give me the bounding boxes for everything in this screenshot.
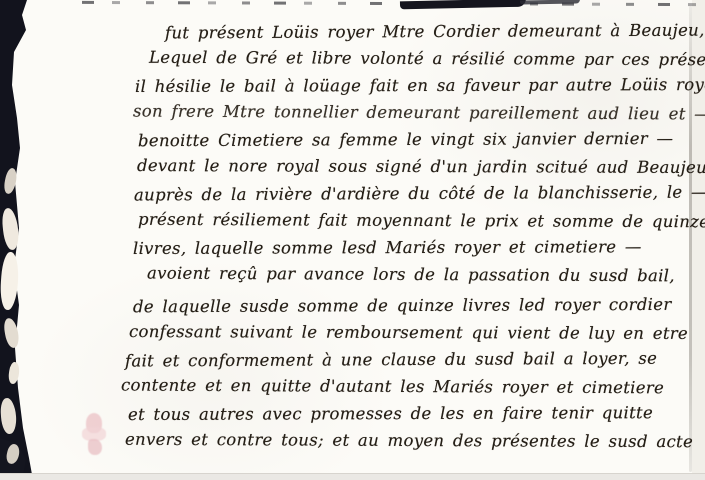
stamp-blob <box>88 439 102 455</box>
manuscript-line: présent résiliement fait moyennant le pr… <box>138 206 703 235</box>
manuscript-line: auprès de la rivière d'ardière du côté d… <box>134 179 703 209</box>
scanned-manuscript: fut présent Loüis royer Mtre Cordier dem… <box>0 0 705 480</box>
manuscript-text-block: fut présent Loüis royer Mtre Cordier dem… <box>125 18 703 454</box>
manuscript-line: fut présent Loüis royer Mtre Cordier dem… <box>165 17 703 47</box>
manuscript-line: son frere Mtre tonnellier demeurant pare… <box>133 98 703 128</box>
manuscript-line: fait et conformement à une clause du sus… <box>125 344 703 374</box>
red-archive-stamp-mark <box>80 413 110 459</box>
manuscript-line: avoient reçû par avance lors de la passa… <box>147 260 703 290</box>
manuscript-line: de laquelle susde somme de quinze livres… <box>133 291 703 320</box>
manuscript-line: livres, laquelle somme lesd Mariés royer… <box>133 233 703 262</box>
manuscript-line: devant le nore royal sous signé d'un jar… <box>137 152 703 181</box>
manuscript-line: et tous autres avec promesses de les en … <box>128 399 703 428</box>
manuscript-line: il hésilie le bail à loüage fait en sa f… <box>135 71 703 100</box>
manuscript-line: envers et contre tous; et au moyen des p… <box>125 426 703 456</box>
manuscript-line: contente et en quitte d'autant les Marié… <box>121 371 703 401</box>
manuscript-line: benoitte Cimetiere sa femme le vingt six… <box>138 125 703 154</box>
manuscript-line: confessant suivant le remboursement qui … <box>129 318 703 347</box>
manuscript-line: Lequel de Gré et libre volonté a résilié… <box>149 44 703 73</box>
scan-bottom-strip <box>0 473 705 480</box>
